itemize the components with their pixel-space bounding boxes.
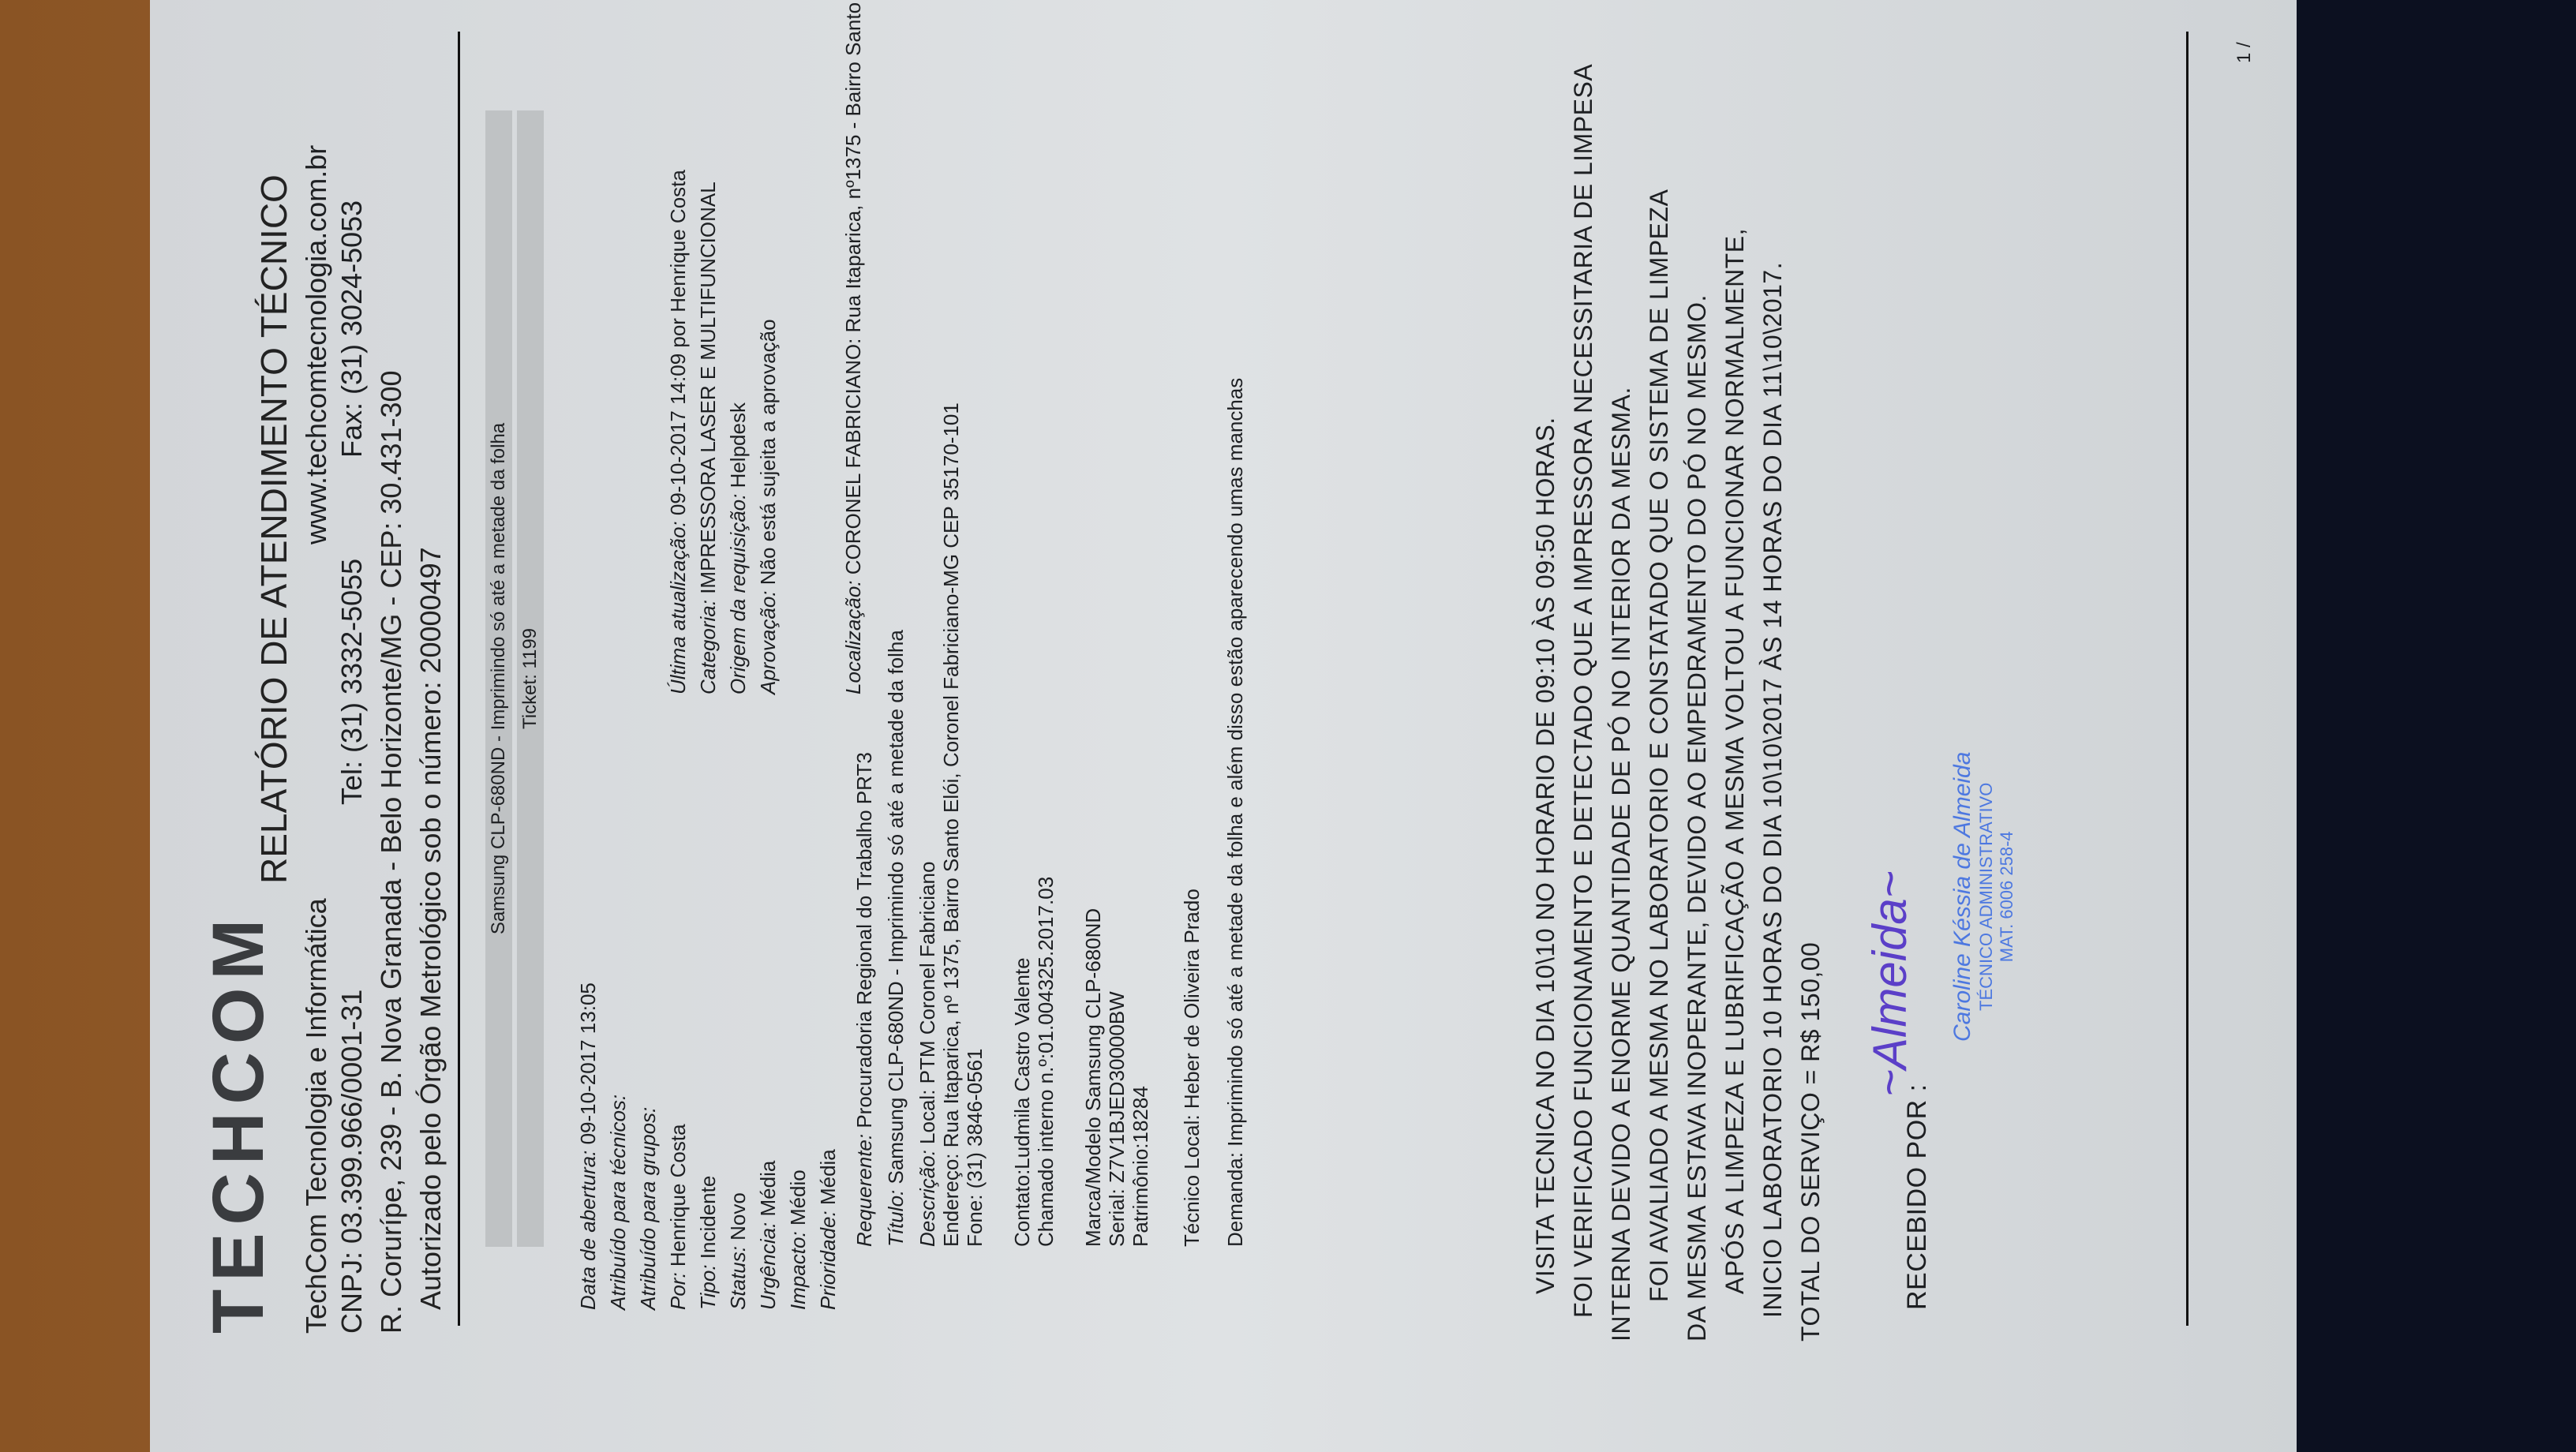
descricao-fone: Fone: (31) 3846-0561 — [963, 1048, 987, 1247]
ticket-field: Status: Novo — [726, 1192, 751, 1310]
service-report-line: DA MESMA ESTAVA INOPERANTE, DEVIDO AO EM… — [1683, 294, 1712, 1342]
ticket-field: Prioridade: Média — [816, 1149, 841, 1310]
ticket-field: Tipo: Incidente — [696, 1176, 721, 1310]
ticket-field: Categoria: IMPRESSORA LASER E MULTIFUNCI… — [696, 181, 721, 694]
ticket-field: Atribuído para técnicos: — [606, 1095, 631, 1310]
received-by-label: RECEBIDO POR : — [1902, 1083, 1933, 1310]
patrimonio: Patrimônio:18284 — [1129, 1086, 1153, 1247]
footer-divider — [2186, 32, 2188, 1326]
company-fax: Fax: (31) 3024-5053 — [335, 200, 369, 458]
ticket-field: Impacto: Médio — [786, 1169, 811, 1310]
service-report-line: APÓS A LIMPEZA E LUBRIFICAÇÃO A MESMA VO… — [1720, 228, 1750, 1294]
serial: Serial: Z7V1BJED30000BW — [1105, 991, 1129, 1247]
service-report-line: INTERNA DEVIDO A ENORME QUANTIDADE DE PÓ… — [1607, 387, 1636, 1342]
company-address: R. Corurípe, 239 - B. Nova Granada - Bel… — [375, 370, 408, 1334]
document-sheet: TECHCOM RELATÓRIO DE ATENDIMENTO TÉCNICO… — [150, 0, 2297, 1452]
header-divider — [458, 32, 460, 1326]
stamp: Caroline Késsia de Almeida TÉCNICO ADMIN… — [1949, 752, 2017, 1042]
chamado-interno: Chamado interno n.º:01.004325.2017.03 — [1034, 877, 1058, 1247]
service-report-line: TOTAL DO SERVIÇO = R$ 150,00 — [1796, 942, 1825, 1342]
company-cnpj: CNPJ: 03.399.966/0001-31 — [335, 990, 369, 1334]
service-report-line: VISITA TECNICA NO DIA 10\10 NO HORARIO D… — [1531, 417, 1560, 1294]
company-logo: TECHCOM — [197, 911, 280, 1334]
contato: Contato:Ludmila Castro Valente — [1010, 957, 1035, 1247]
authorization-line: Autorizado pelo Órgão Metrológico sob o … — [414, 547, 447, 1310]
signature: ~Almeida~ — [1863, 870, 1917, 1097]
page-number: 1 / — [2233, 42, 2256, 63]
ticket-number-bar: Ticket: 1199 — [517, 110, 544, 1247]
requerente: Requerente: Procuradoria Regional do Tra… — [852, 752, 877, 1247]
ticket-field: Origem da requisição: Helpdesk — [726, 402, 751, 694]
ticket-title-bar: Samsung CLP-680ND - Imprimindo só até a … — [485, 110, 512, 1247]
ticket-field: Localização: CORONEL FABRICIANO: Rua Ita… — [841, 0, 866, 694]
company-website: www.techcomtecnologia.com.br — [300, 145, 333, 544]
dark-background — [2273, 0, 2576, 1452]
service-report-line: FOI AVALIADO A MESMA NO LABORATORIO E CO… — [1645, 189, 1674, 1302]
ticket-field: Última atualização: 09-10-2017 14:09 por… — [666, 170, 691, 694]
titulo: Título: Samsung CLP-680ND - Imprimindo s… — [884, 630, 908, 1247]
ticket-field: Data de abertura: 09-10-2017 13:05 — [576, 982, 601, 1310]
descricao: Descrição: Local: PTM Coronel Fabriciano — [915, 862, 940, 1247]
demanda: Demanda: Imprimindo só até a metade da f… — [1223, 378, 1248, 1247]
ticket-field: Atribuído para grupos: — [636, 1107, 661, 1310]
company-tel: Tel: (31) 3332-5055 — [335, 559, 369, 805]
company-name: TechCom Tecnologia e Informática — [300, 898, 333, 1334]
marca-modelo: Marca/Modelo Samsung CLP-680ND — [1081, 908, 1106, 1247]
ticket-field: Por: Henrique Costa — [666, 1124, 691, 1310]
descricao-endereco: Endereço: Rua Itaparica, nº 1375, Bairro… — [939, 402, 964, 1247]
report-title: RELATÓRIO DE ATENDIMENTO TÉCNICO — [253, 174, 295, 884]
ticket-field: Urgência: Média — [756, 1161, 781, 1310]
tecnico-local: Técnico Local: Heber de Oliveira Prado — [1180, 889, 1204, 1247]
service-report-line: FOI VERIFICADO FUNCIONAMENTO E DETECTADO… — [1569, 64, 1598, 1318]
ticket-field: Aprovação: Não está sujeita a aprovação — [756, 319, 781, 694]
service-report-line: INICIO LABORATORIO 10 HORAS DO DIA 10\10… — [1758, 262, 1788, 1318]
